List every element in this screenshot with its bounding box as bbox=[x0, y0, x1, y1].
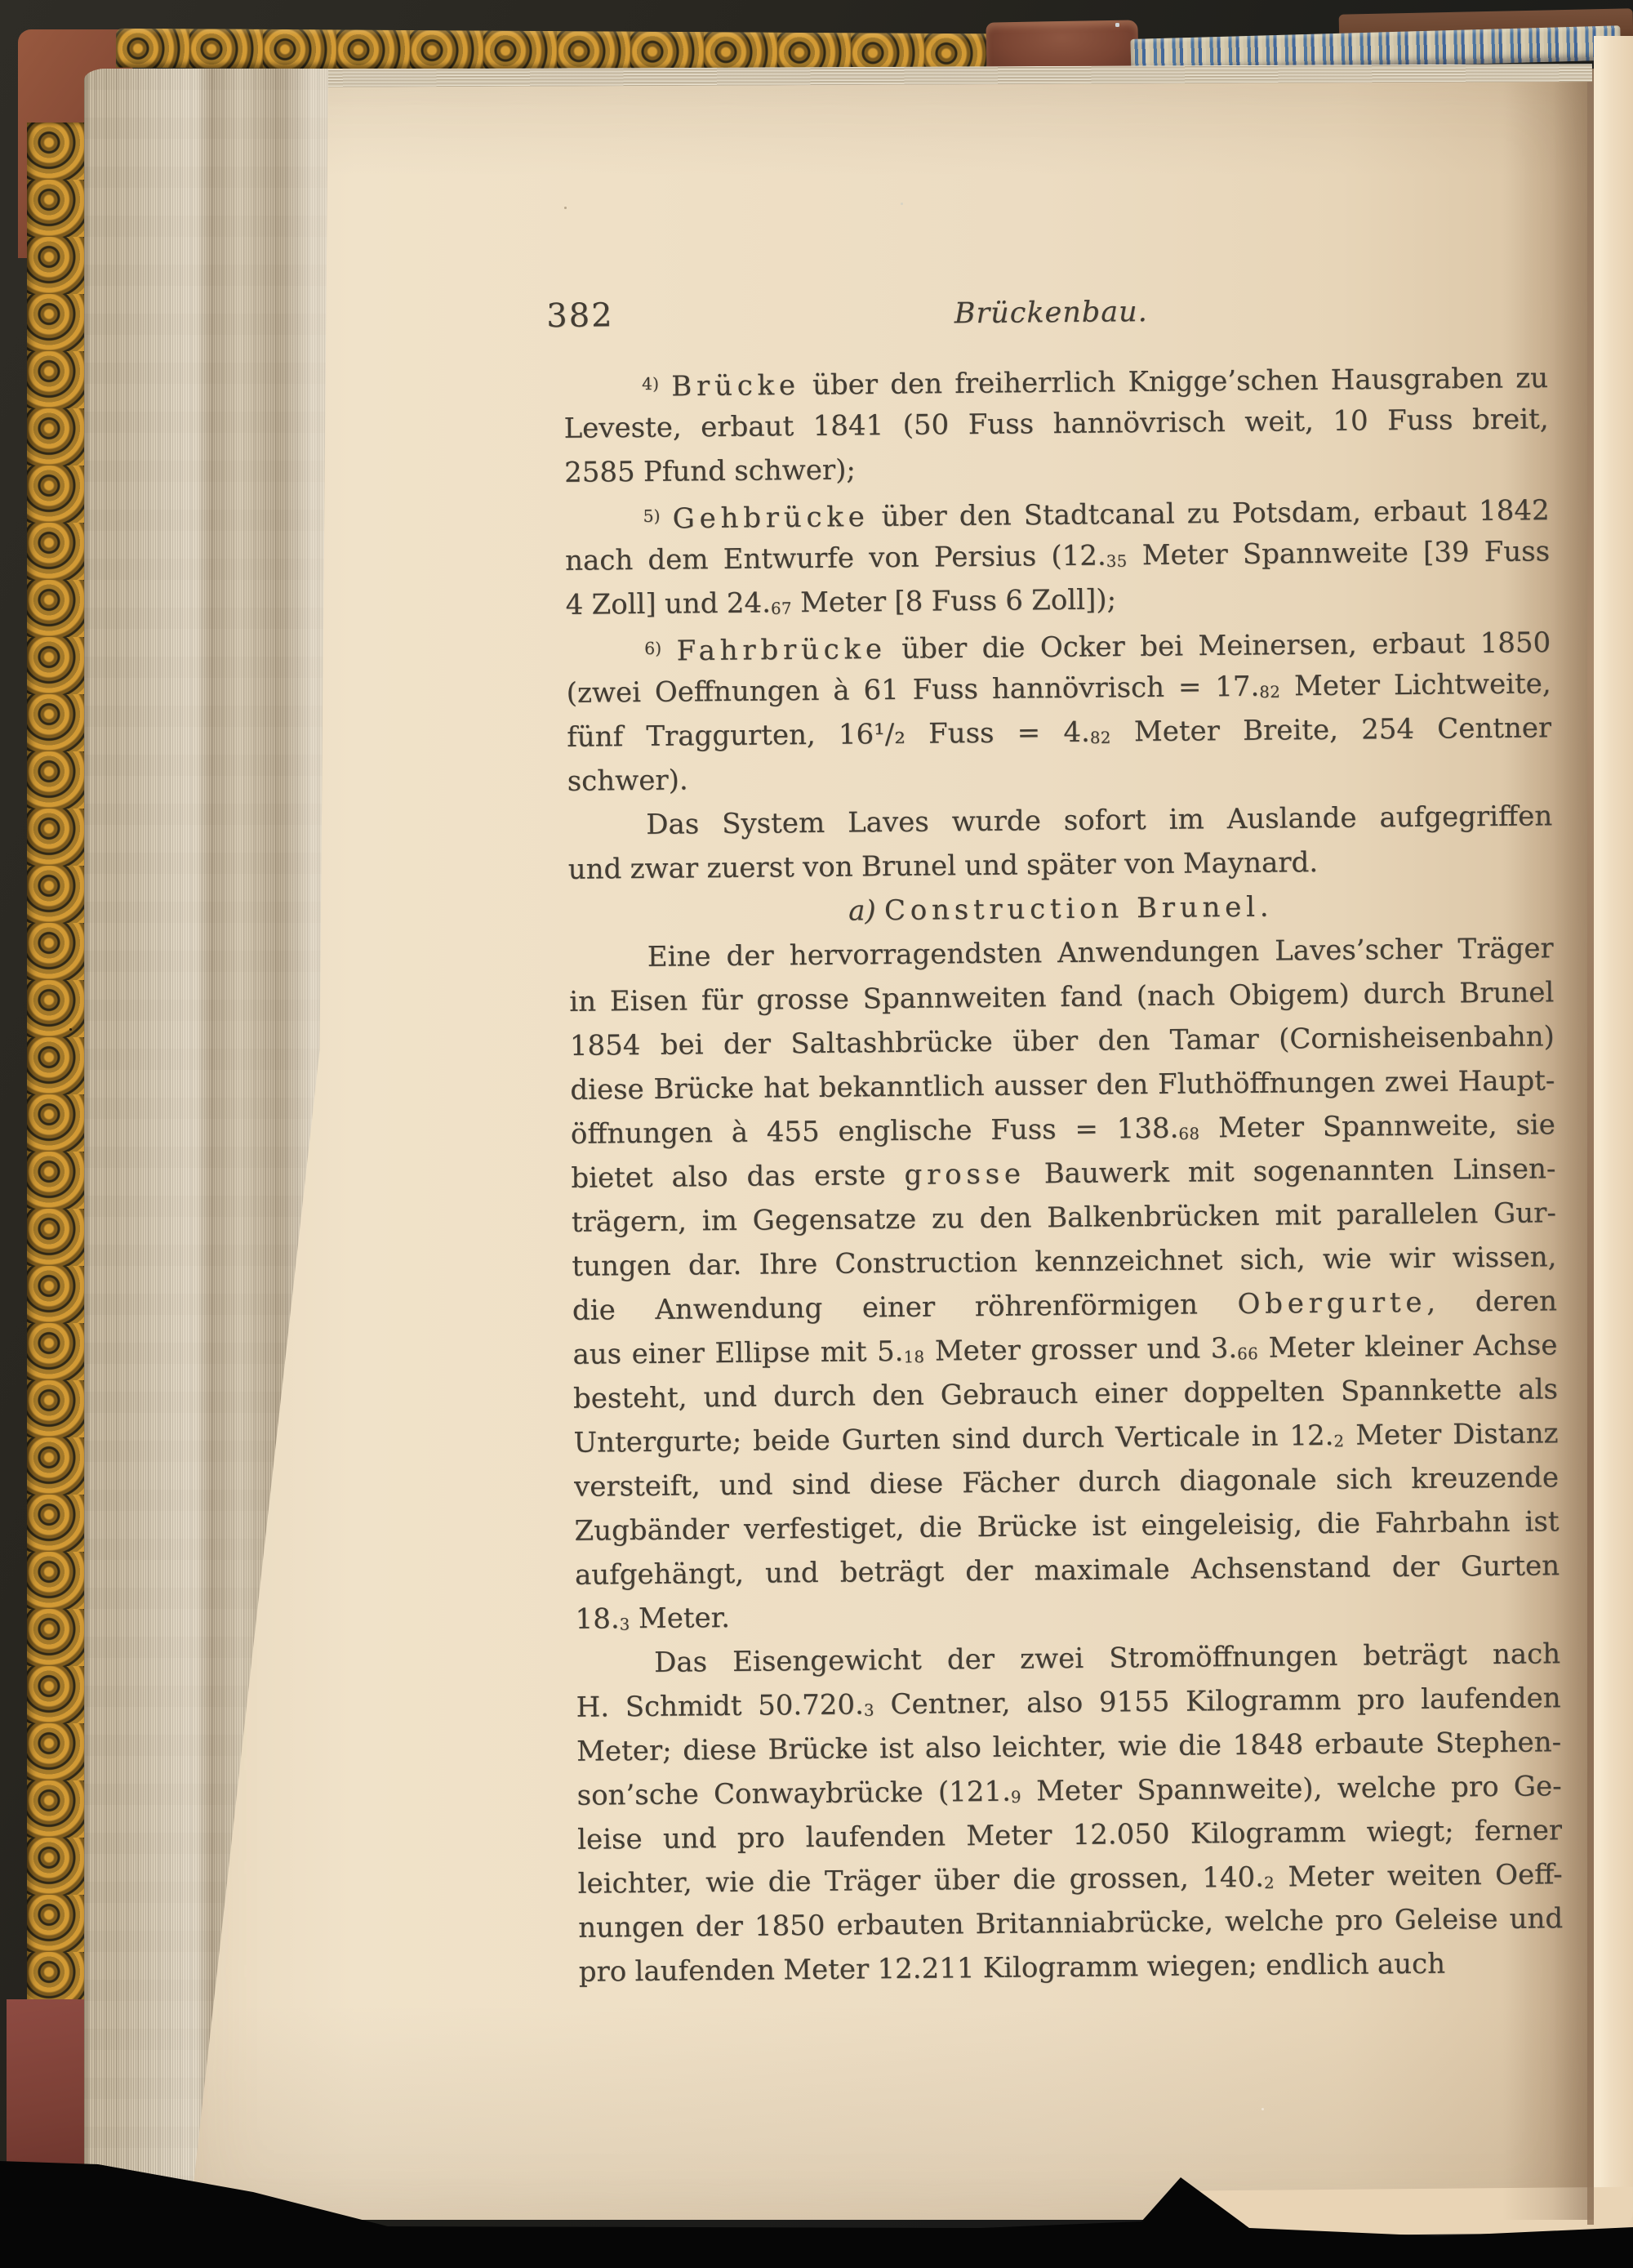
text-block: 4) Brücke über den freiherrlich Knigge’s… bbox=[563, 353, 1564, 1994]
text-line: fünf Traggurten, 16¹/₂ Fuss = 4.82 Meter… bbox=[567, 706, 1551, 760]
text-line: Leveste, erbaut 1841 (50 Fuss hannövrisc… bbox=[563, 397, 1548, 451]
page-number: 382 bbox=[546, 296, 614, 335]
dust-specks bbox=[0, 0, 1, 1]
book-scan: 382 Brückenbau. 4) Brücke über den freih… bbox=[0, 0, 1633, 2268]
facing-page-edge bbox=[1594, 36, 1633, 2235]
text-line: nach dem Entwurfe von Persius (12.35 Met… bbox=[565, 529, 1550, 583]
text-line: Das System Laves wurde sofort im Ausland… bbox=[567, 794, 1552, 848]
marbled-board-edge-left bbox=[27, 123, 90, 2011]
running-title: Brückenbau. bbox=[954, 296, 1148, 330]
text-line: pro laufenden Meter 12.211 Kilogramm wie… bbox=[578, 1940, 1563, 1994]
printed-text: 382 Brückenbau. 4) Brücke über den freih… bbox=[551, 284, 1568, 2058]
gutter-fold-line bbox=[1587, 69, 1594, 2225]
